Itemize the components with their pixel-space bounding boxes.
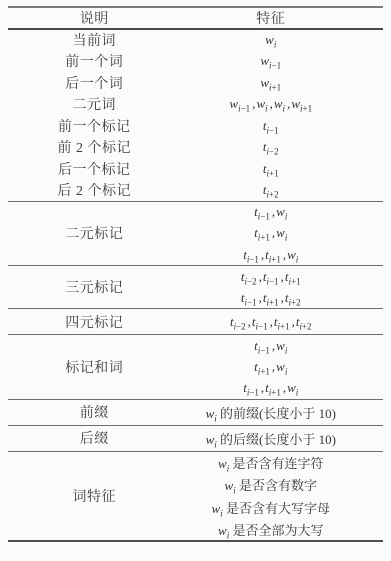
feature-cell: wi 是否全部为大写 (181, 519, 384, 542)
group-trigram-tags: 三元标记 ti−2,ti−1,ti+1 ti−1,ti+1,ti+2 (8, 266, 383, 309)
desc-cell: 三元标记 (8, 266, 181, 309)
table-row: 后缀 wi 的后缀(长度小于 10) (8, 425, 383, 451)
feature-cell: ti+1,wi (181, 223, 384, 245)
col-header-desc: 说明 (8, 7, 181, 29)
table-row: 后一个词 wi+1 (8, 72, 383, 94)
desc-cell: 后 2 个标记 (8, 180, 181, 202)
desc-cell: 前 2 个标记 (8, 137, 181, 159)
desc-cell: 二元词 (8, 94, 181, 116)
group-single-tokens: 当前词 wi 前一个词 wi−1 后一个词 wi+1 二元词 wi−1,wi,w… (8, 29, 383, 201)
table-row: 四元标记 ti−2,ti−1,ti+1,ti+2 (8, 309, 383, 335)
desc-cell: 前缀 (8, 399, 181, 425)
feature-cell: wi 是否含有大写字母 (181, 496, 384, 519)
feature-cell: wi 是否含有数字 (181, 474, 384, 497)
table-row: 前一个词 wi−1 (8, 51, 383, 73)
feature-cell: wi 的前缀(长度小于 10) (181, 399, 384, 425)
feature-cell: wi−1,wi,wi,wi+1 (181, 94, 384, 116)
feature-cell: wi 是否含有连字符 (181, 451, 384, 474)
desc-cell: 四元标记 (8, 309, 181, 335)
feature-cell: wi−1 (181, 51, 384, 73)
feature-cell: ti−1,ti+1,wi (181, 244, 384, 266)
feature-table: 说明 特征 当前词 wi 前一个词 wi−1 后一个词 wi+1 二元词 wi−… (8, 6, 383, 542)
desc-cell: 二元标记 (8, 201, 181, 266)
feature-cell: wi (181, 29, 384, 51)
feature-cell: ti−1 (181, 115, 384, 137)
group-tag-and-word: 标记和词 ti−1,wi ti+1,wi ti−1,ti+1,wi (8, 335, 383, 400)
desc-cell: 标记和词 (8, 335, 181, 400)
table-row: 当前词 wi (8, 29, 383, 51)
desc-cell: 后一个标记 (8, 158, 181, 180)
feature-cell: wi+1 (181, 72, 384, 94)
table-row: 三元标记 ti−2,ti−1,ti+1 (8, 266, 383, 288)
group-prefix: 前缀 wi 的前缀(长度小于 10) (8, 399, 383, 425)
feature-cell: ti−1,wi (181, 201, 384, 223)
group-bigram-tags: 二元标记 ti−1,wi ti+1,wi ti−1,ti+1,wi (8, 201, 383, 266)
table-row: 二元词 wi−1,wi,wi,wi+1 (8, 94, 383, 116)
table-row: 二元标记 ti−1,wi (8, 201, 383, 223)
feature-cell: ti−1,ti+1,ti+2 (181, 287, 384, 309)
feature-cell: wi 的后缀(长度小于 10) (181, 425, 384, 451)
feature-cell: ti−1,wi (181, 335, 384, 357)
table-row: 前一个标记 ti−1 (8, 115, 383, 137)
desc-cell: 前一个词 (8, 51, 181, 73)
paper-table-page: 说明 特征 当前词 wi 前一个词 wi−1 后一个词 wi+1 二元词 wi−… (0, 0, 391, 561)
group-word-features: 词特征 wi 是否含有连字符 wi 是否含有数字 wi 是否含有大写字母 wi … (8, 451, 383, 541)
group-fourgram-tags: 四元标记 ti−2,ti−1,ti+1,ti+2 (8, 309, 383, 335)
feature-cell: ti+1 (181, 158, 384, 180)
feature-cell: ti−2 (181, 137, 384, 159)
desc-cell: 后缀 (8, 425, 181, 451)
feature-cell: ti+1,wi (181, 356, 384, 378)
group-suffix: 后缀 wi 的后缀(长度小于 10) (8, 425, 383, 451)
desc-cell: 后一个词 (8, 72, 181, 94)
table-row: 词特征 wi 是否含有连字符 (8, 451, 383, 474)
feature-cell: ti+2 (181, 180, 384, 202)
table-row: 前缀 wi 的前缀(长度小于 10) (8, 399, 383, 425)
feature-cell: ti−2,ti−1,ti+1,ti+2 (181, 309, 384, 335)
desc-cell: 前一个标记 (8, 115, 181, 137)
table-header: 说明 特征 (8, 7, 383, 29)
feature-cell: ti−1,ti+1,wi (181, 378, 384, 400)
table-row: 后一个标记 ti+1 (8, 158, 383, 180)
table-row: 前 2 个标记 ti−2 (8, 137, 383, 159)
table-row: 后 2 个标记 ti+2 (8, 180, 383, 202)
header-row: 说明 特征 (8, 7, 383, 29)
desc-cell: 当前词 (8, 29, 181, 51)
col-header-feature: 特征 (181, 7, 384, 29)
table-row: 标记和词 ti−1,wi (8, 335, 383, 357)
desc-cell: 词特征 (8, 451, 181, 541)
feature-cell: ti−2,ti−1,ti+1 (181, 266, 384, 288)
